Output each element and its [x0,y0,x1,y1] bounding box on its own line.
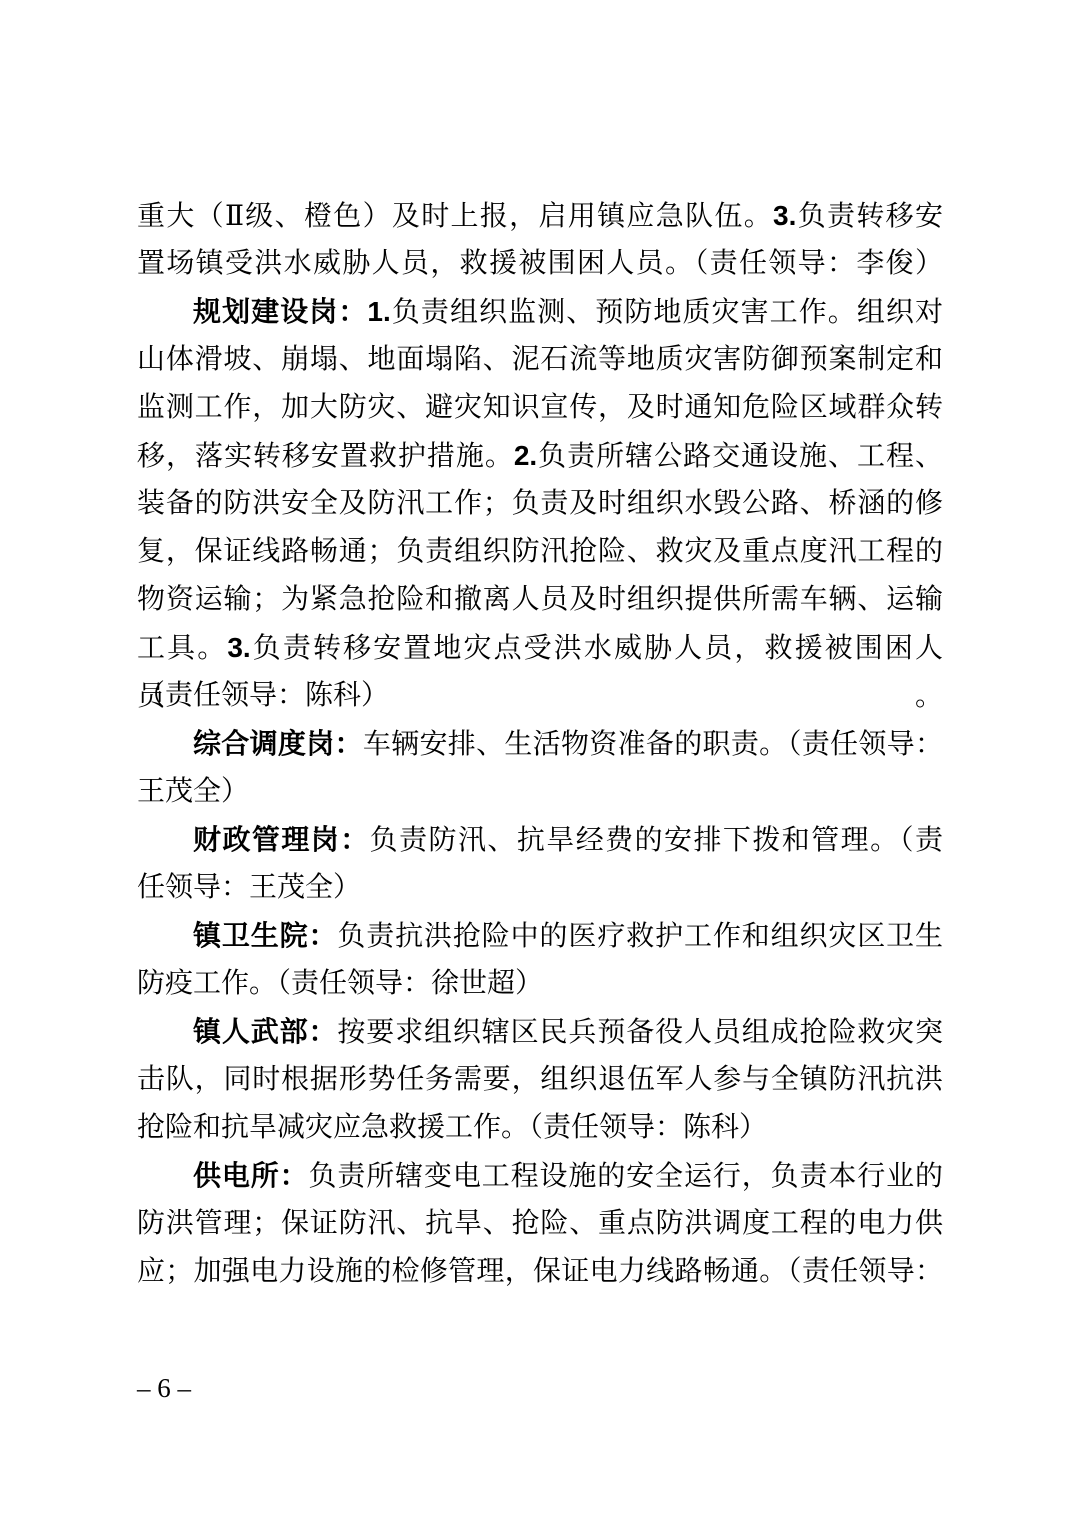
body-text: 装备的防洪安全及防汛工作；负责及时组织水毁公路、桥涵的修 [137,488,943,519]
text-line: 装备的防洪安全及防汛工作；负责及时组织水毁公路、桥涵的修 [137,480,943,528]
emphasis-text: 1. [367,296,390,327]
text-line: 置场镇受洪水威胁人员，救援被围困人员。（责任领导：李俊） [137,240,943,288]
text-line: 工具。3.负责转移安置地灾点受洪水威胁人员，救援被围困人员。 [137,624,943,672]
body-text: 防洪管理；保证防汛、抗旱、抢险、重点防洪调度工程的电力供 [137,1208,943,1239]
body-text: 防疫工作。（责任领导：徐世超） [137,968,543,999]
page-number: – 6 – [137,1368,191,1408]
emphasis-text: 供电所： [193,1160,309,1191]
text-line: 击队，同时根据形势任务需要，组织退伍军人参与全镇防汛抗洪 [137,1056,943,1104]
document-page: 重大（Ⅱ级、橙色）及时上报，启用镇应急队伍。3.负责转移安置场镇受洪水威胁人员，… [0,0,1074,1520]
text-line: 防疫工作。（责任领导：徐世超） [137,960,943,1008]
body-text: 车辆安排、生活物资准备的职责。（责任领导： [363,729,943,760]
body-text: 王茂全） [137,776,249,807]
body-text: 负责所辖公路交通设施、工程、 [537,441,943,472]
text-line: 供电所：负责所辖变电工程设施的安全运行，负责本行业的 [137,1152,943,1200]
text-line: 防洪管理；保证防汛、抗旱、抢险、重点防洪调度工程的电力供 [137,1200,943,1248]
emphasis-text: 综合调度岗： [193,728,363,759]
emphasis-text: 镇人武部： [193,1016,337,1047]
body-text: 抢险和抗旱减灾应急救援工作。（责任领导：陈科） [137,1112,767,1143]
body-text: 负责组织监测、预防地质灾害工作。组织对 [391,297,943,328]
text-line: 物资运输；为紧急抢险和撤离人员及时组织提供所需车辆、运输 [137,576,943,624]
text-line: 综合调度岗：车辆安排、生活物资准备的职责。（责任领导： [137,720,943,768]
text-line: 移，落实转移安置救护措施。2.负责所辖公路交通设施、工程、 [137,432,943,480]
body-text: 负责防汛、抗旱经费的安排下拨和管理。（责 [370,825,943,856]
emphasis-text: 3. [227,632,250,663]
body-text: 山体滑坡、崩塌、地面塌陷、泥石流等地质灾害防御预案制定和 [137,344,943,375]
body-text: 应；加强电力设施的检修管理，保证电力线路畅通。（责任领导： [137,1256,943,1287]
text-line: 监测工作，加大防灾、避灾知识宣传，及时通知危险区域群众转 [137,384,943,432]
text-line: 复，保证线路畅通；负责组织防汛抢险、救灾及重点度汛工程的 [137,528,943,576]
body-text: 物资运输；为紧急抢险和撤离人员及时组织提供所需车辆、运输 [137,584,943,615]
text-line: 山体滑坡、崩塌、地面塌陷、泥石流等地质灾害防御预案制定和 [137,336,943,384]
body-text: 重大（Ⅱ级、橙色）及时上报，启用镇应急队伍。 [137,201,773,232]
document-body: 重大（Ⅱ级、橙色）及时上报，启用镇应急队伍。3.负责转移安置场镇受洪水威胁人员，… [137,192,943,1296]
text-line: 镇卫生院：负责抗洪抢险中的医疗救护工作和组织灾区卫生 [137,912,943,960]
body-text: 负责抗洪抢险中的医疗救护工作和组织灾区卫生 [337,921,943,952]
text-line: 应；加强电力设施的检修管理，保证电力线路畅通。（责任领导： [137,1248,943,1296]
body-text: 移，落实转移安置救护措施。 [137,441,514,472]
text-line: 规划建设岗：1.负责组织监测、预防地质灾害工作。组织对 [137,288,943,336]
text-line: 财政管理岗：负责防汛、抗旱经费的安排下拨和管理。（责 [137,816,943,864]
text-line: 王茂全） [137,768,943,816]
body-text: 击队，同时根据形势任务需要，组织退伍军人参与全镇防汛抗洪 [137,1064,943,1095]
text-line: 抢险和抗旱减灾应急救援工作。（责任领导：陈科） [137,1104,943,1152]
body-text: 按要求组织辖区民兵预备役人员组成抢险救灾突 [337,1017,943,1048]
body-text: 任领导：王茂全） [137,872,361,903]
text-line: 任领导：王茂全） [137,864,943,912]
body-text: （责任领导：陈科） [137,680,389,711]
emphasis-text: 财政管理岗： [193,824,370,855]
body-text: 置场镇受洪水威胁人员，救援被围困人员。（责任领导：李俊） [137,248,943,279]
body-text: 工具。 [137,633,227,664]
body-text: 复，保证线路畅通；负责组织防汛抢险、救灾及重点度汛工程的 [137,536,943,567]
text-line: 重大（Ⅱ级、橙色）及时上报，启用镇应急队伍。3.负责转移安 [137,192,943,240]
emphasis-text: 2. [514,440,537,471]
body-text: 监测工作，加大防灾、避灾知识宣传，及时通知危险区域群众转 [137,392,943,423]
text-line: 镇人武部：按要求组织辖区民兵预备役人员组成抢险救灾突 [137,1008,943,1056]
body-text: 负责转移安 [796,201,943,232]
emphasis-text: 3. [773,200,796,231]
emphasis-text: 规划建设岗： [193,296,367,327]
emphasis-text: 镇卫生院： [193,920,337,951]
body-text: 负责所辖变电工程设施的安全运行，负责本行业的 [309,1161,943,1192]
